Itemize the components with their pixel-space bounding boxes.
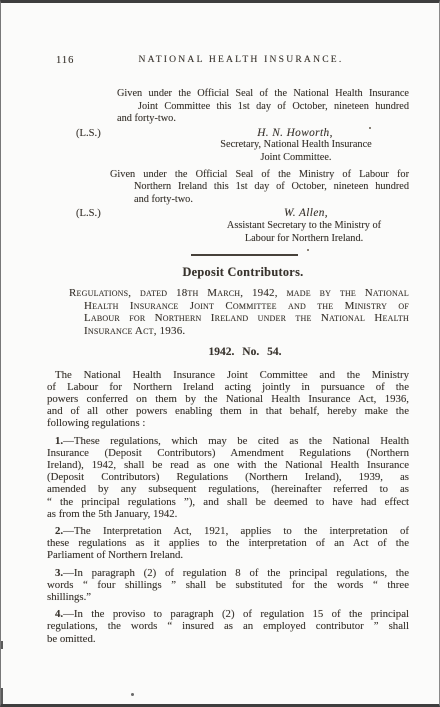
text-line: Insurance Act, 1936. — [84, 325, 409, 338]
regulation-3: 3.—In paragraph (2) of regulation 8 of t… — [47, 567, 409, 604]
regulation-number: 4. — [55, 608, 63, 620]
regulation-2: 2.—The Interpretation Act, 1921, applies… — [47, 525, 409, 562]
regulation-number: 1. — [55, 435, 63, 447]
text-line: of Labour for Northern Ireland acting jo… — [47, 381, 409, 393]
regulation-text: —The Interpretation Act, 1921, applies t… — [63, 525, 409, 537]
text-line: following regulations : — [47, 417, 409, 429]
scan-artifact — [1, 641, 3, 649]
text-line: Regulations, dated 18th March, 1942, mad… — [69, 287, 409, 300]
text-line: these regulations as it applies to the i… — [47, 537, 409, 549]
text-line: Labour for Northern Ireland under the Na… — [84, 312, 409, 325]
regulation-body: these regulations as it applies to the i… — [47, 537, 409, 561]
text-line: Joint Committee. — [183, 152, 409, 165]
signatory-name: W. Allen, — [110, 207, 409, 220]
scan-artifact — [307, 249, 309, 251]
signatory-role: Assistant Secretary to the Ministry ofLa… — [110, 220, 409, 245]
text-line: Assistant Secretary to the Ministry of — [199, 220, 409, 233]
seal-mark: (L.S.) — [76, 208, 101, 221]
regulation-citation: Regulations, dated 18th March, 1942, mad… — [69, 287, 409, 337]
text-line: shillings.” — [47, 591, 409, 603]
regulation-number: 3. — [55, 567, 63, 579]
text-line: and forty-two. — [134, 194, 409, 207]
regulation-text: —In paragraph (2) of regulation 8 of the… — [63, 567, 409, 579]
regulation-first-line: 3.—In paragraph (2) of regulation 8 of t… — [47, 567, 409, 579]
scan-artifact — [1, 688, 3, 704]
seal-mark: (L.S.) — [76, 128, 101, 141]
signature-block-ministry: (L.S.) W. Allen, Assistant Secretary to … — [110, 207, 409, 245]
signature-block-joint-committee: (L.S.) H. N. Howorth, Secretary, Nationa… — [117, 127, 409, 165]
text-line: and of all other powers enabling them in… — [47, 405, 409, 417]
signatory-name: H. N. Howorth, — [117, 127, 409, 140]
regulation-first-line: 2.—The Interpretation Act, 1921, applies… — [47, 525, 409, 537]
text-line: Given under the Official Seal of the Min… — [110, 169, 409, 182]
text-line: “ the principal regulations ”), and shal… — [47, 496, 409, 508]
page-number: 116 — [56, 55, 74, 66]
regulation-body: regulations, the words “ insured as an e… — [47, 620, 409, 644]
regulation-1: 1.—These regulations, which may be cited… — [47, 435, 409, 520]
text-line: Secretary, National Health Insurance — [183, 139, 409, 152]
attestation-text: Given under the Official Seal of the Nat… — [117, 88, 409, 126]
instrument-number: 1942. No. 54. — [47, 346, 409, 359]
attestation-text: Given under the Official Seal of the Min… — [110, 169, 409, 207]
signatory-role: Secretary, National Health InsuranceJoin… — [117, 139, 409, 164]
text-line: Ireland), 1942, shall be read as one wit… — [47, 459, 409, 471]
text-line: (Deposit Contributors) Regulations (Nort… — [47, 471, 409, 483]
text-line: be omitted. — [47, 633, 409, 645]
regulation-first-line: 1.—These regulations, which may be cited… — [47, 435, 409, 447]
text-line: words “ four shillings ” shall be substi… — [47, 579, 409, 591]
regulation-text: —In the proviso to paragraph (2) of regu… — [63, 608, 409, 620]
text-line: regulations, the words “ insured as an e… — [47, 620, 409, 632]
regulation-first-line: 4.—In the proviso to paragraph (2) of re… — [47, 608, 409, 620]
scan-artifact — [131, 693, 134, 696]
scanned-document-page: 116 NATIONAL HEALTH INSURANCE. Given und… — [0, 0, 440, 707]
section-divider-rule — [191, 254, 298, 256]
text-line: Labour for Northern Ireland. — [199, 233, 409, 246]
text-line: Given under the Official Seal of the Nat… — [117, 88, 409, 101]
running-title: NATIONAL HEALTH INSURANCE. — [47, 54, 409, 65]
scan-artifact — [369, 127, 371, 129]
section-heading: Deposit Contributors. — [47, 265, 409, 279]
text-line: Joint Committee this 1st day of October,… — [138, 101, 409, 114]
preamble-paragraph: The National Health Insurance Joint Comm… — [47, 369, 409, 430]
text-line: powers conferred on them by the National… — [47, 393, 409, 405]
text-line: Health Insurance Joint Committee and the… — [84, 300, 409, 313]
text-line: Insurance (Deposit Contributors) Amendme… — [47, 447, 409, 459]
text-line: and forty-two. — [117, 113, 409, 126]
regulation-text: —These regulations, which may be cited a… — [63, 435, 409, 447]
page-header: 116 NATIONAL HEALTH INSURANCE. — [47, 54, 409, 67]
text-line: Northern Ireland this 1st day of October… — [134, 181, 409, 194]
text-line: Parliament of Northern Ireland. — [47, 549, 409, 561]
attestation-ministry-of-labour: Given under the Official Seal of the Min… — [110, 169, 409, 246]
regulation-body: words “ four shillings ” shall be substi… — [47, 579, 409, 603]
text-line: amended by any subsequent regulations, (… — [47, 483, 409, 495]
regulation-body: Insurance (Deposit Contributors) Amendme… — [47, 447, 409, 520]
attestation-joint-committee: Given under the Official Seal of the Nat… — [117, 88, 409, 165]
regulation-number: 2. — [55, 525, 63, 537]
text-line: as from the 5th January, 1942. — [47, 508, 409, 520]
regulation-4: 4.—In the proviso to paragraph (2) of re… — [47, 608, 409, 645]
text-line: The National Health Insurance Joint Comm… — [47, 369, 409, 381]
